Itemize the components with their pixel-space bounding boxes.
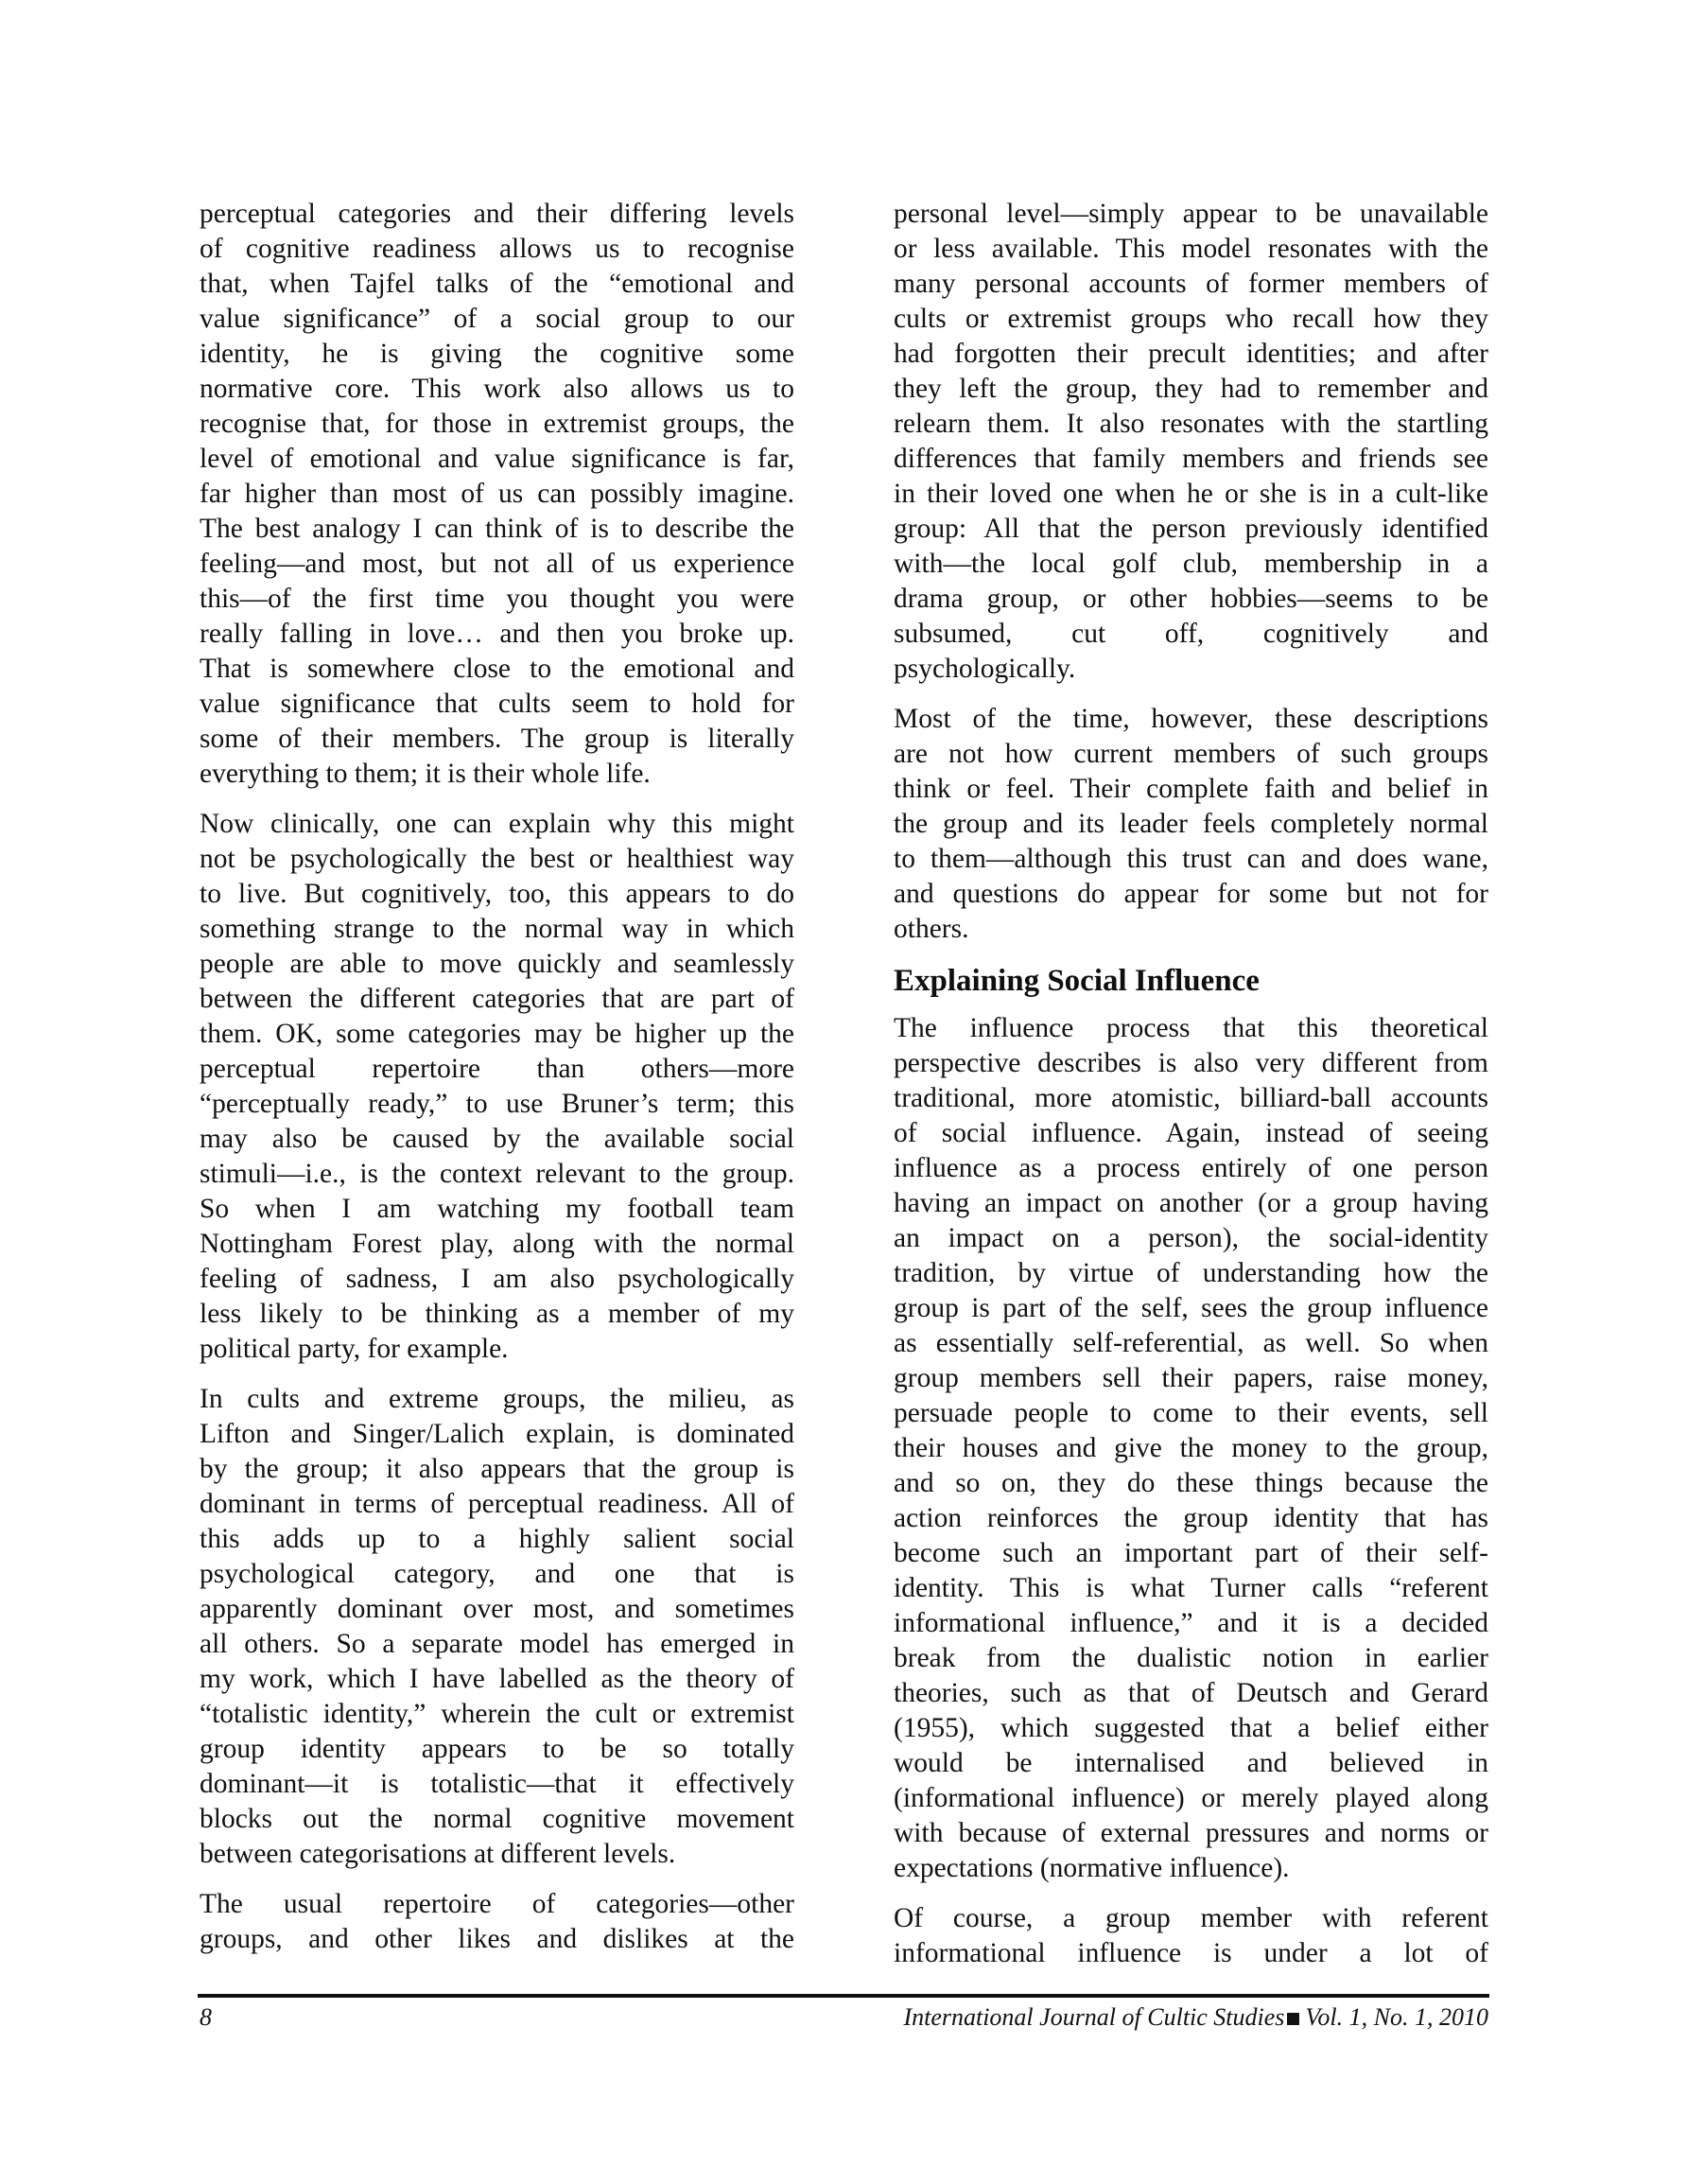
text-line: and so on, they do these things because … (894, 1466, 1488, 1501)
text-line: political party, for example. (200, 1332, 794, 1367)
paragraph: perceptual categories and their differin… (200, 197, 794, 792)
text-line: think or feel. Their complete faith and … (894, 772, 1488, 807)
text-line: group is part of the self, sees the grou… (894, 1291, 1488, 1326)
footer-rule (198, 1994, 1489, 1998)
text-line: normative core. This work also allows us… (200, 372, 794, 407)
text-line: between the different categories that ar… (200, 982, 794, 1017)
black-square-icon (1287, 2013, 1299, 2025)
text-line: expectations (normative influence). (894, 1851, 1488, 1886)
text-line: less likely to be thinking as a member o… (200, 1297, 794, 1332)
text-line: many personal accounts of former members… (894, 267, 1488, 302)
text-line: really falling in love… and then you bro… (200, 617, 794, 652)
text-line: traditional, more atomistic, billiard-ba… (894, 1081, 1488, 1116)
text-line: they left the group, they had to remembe… (894, 372, 1488, 407)
text-line: value significance” of a social group to… (200, 302, 794, 337)
text-line: theories, such as that of Deutsch and Ge… (894, 1676, 1488, 1711)
text-line: by the group; it also appears that the g… (200, 1452, 794, 1487)
text-line: Of course, a group member with referent (894, 1901, 1488, 1936)
text-line: break from the dualistic notion in earli… (894, 1641, 1488, 1676)
text-line: perspective describes is also very diffe… (894, 1046, 1488, 1081)
paragraph: personal level—simply appear to be unava… (894, 197, 1488, 687)
text-line: all others. So a separate model has emer… (200, 1627, 794, 1662)
text-line: become such an important part of their s… (894, 1536, 1488, 1571)
text-line: perceptual categories and their differin… (200, 197, 794, 232)
text-line: group: All that the person previously id… (894, 512, 1488, 547)
text-line: the group and its leader feels completel… (894, 807, 1488, 842)
text-line: group members sell their papers, raise m… (894, 1361, 1488, 1396)
text-line: may also be caused by the available soci… (200, 1122, 794, 1157)
text-line: “perceptually ready,” to use Bruner’s te… (200, 1087, 794, 1122)
text-line: far higher than most of us can possibly … (200, 477, 794, 512)
text-line: this—of the first time you thought you w… (200, 582, 794, 617)
text-line: “totalistic identity,” wherein the cult … (200, 1697, 794, 1732)
text-line: had forgotten their precult identities; … (894, 337, 1488, 372)
text-line: (informational influence) or merely play… (894, 1781, 1488, 1816)
journal-issue: Vol. 1, No. 1, 2010 (1305, 2003, 1488, 2031)
text-line: are not how current members of such grou… (894, 737, 1488, 772)
text-line: people are able to move quickly and seam… (200, 947, 794, 982)
text-line: would be internalised and believed in (894, 1746, 1488, 1781)
text-line: The usual repertoire of categories—other (200, 1887, 794, 1922)
text-line: persuade people to come to their events,… (894, 1396, 1488, 1431)
text-line: some of their members. The group is lite… (200, 722, 794, 757)
paragraph: Now clinically, one can explain why this… (200, 807, 794, 1367)
text-line: In cults and extreme groups, the milieu,… (200, 1382, 794, 1417)
text-line: influence as a process entirely of one p… (894, 1151, 1488, 1186)
text-line: identity. This is what Turner calls “ref… (894, 1571, 1488, 1606)
journal-title: International Journal of Cultic Studies (903, 2003, 1284, 2031)
left-column: perceptual categories and their differin… (200, 197, 794, 1972)
text-line: informational influence,” and it is a de… (894, 1606, 1488, 1641)
text-line: cults or extremist groups who recall how… (894, 302, 1488, 337)
text-line: Nottingham Forest play, along with the n… (200, 1227, 794, 1262)
section-heading: Explaining Social Influence (894, 962, 1488, 1000)
text-line: identity, he is giving the cognitive som… (200, 337, 794, 372)
text-line: of cognitive readiness allows us to reco… (200, 232, 794, 267)
text-line: everything to them; it is their whole li… (200, 757, 794, 792)
text-line: not be psychologically the best or healt… (200, 842, 794, 877)
text-line: others. (894, 912, 1488, 947)
text-line: something strange to the normal way in w… (200, 912, 794, 947)
text-line: stimuli—i.e., is the context relevant to… (200, 1157, 794, 1192)
text-line: this adds up to a highly salient social (200, 1522, 794, 1557)
text-line: (1955), which suggested that a belief ei… (894, 1711, 1488, 1746)
text-line: Now clinically, one can explain why this… (200, 807, 794, 842)
text-line: that, when Tajfel talks of the “emotiona… (200, 267, 794, 302)
text-line: group identity appears to be so totally (200, 1732, 794, 1767)
paragraph-continued: Of course, a group member with referenti… (894, 1901, 1488, 1971)
text-line: their houses and give the money to the g… (894, 1431, 1488, 1466)
text-line: recognise that, for those in extremist g… (200, 407, 794, 442)
text-line: informational influence is under a lot o… (894, 1936, 1488, 1971)
page-number: 8 (200, 2002, 212, 2033)
text-line: perceptual repertoire than others—more (200, 1052, 794, 1087)
text-line: them. OK, some categories may be higher … (200, 1017, 794, 1052)
journal-page: perceptual categories and their differin… (0, 0, 1687, 2184)
text-line: to them—although this trust can and does… (894, 842, 1488, 877)
text-line: groups, and other likes and dislikes at … (200, 1922, 794, 1957)
text-line: between categorisations at different lev… (200, 1837, 794, 1872)
text-line: or less available. This model resonates … (894, 232, 1488, 267)
text-line: feeling—and most, but not all of us expe… (200, 547, 794, 582)
text-line: to live. But cognitively, too, this appe… (200, 877, 794, 912)
text-line: The influence process that this theoreti… (894, 1011, 1488, 1046)
text-line: having an impact on another (or a group … (894, 1186, 1488, 1221)
text-line: my work, which I have labelled as the th… (200, 1662, 794, 1697)
paragraph: Most of the time, however, these descrip… (894, 702, 1488, 947)
text-line: with because of external pressures and n… (894, 1816, 1488, 1851)
text-line: Most of the time, however, these descrip… (894, 702, 1488, 737)
text-line: psychological category, and one that is (200, 1557, 794, 1592)
text-line: subsumed, cut off, cognitively and (894, 617, 1488, 652)
text-line: dominant—it is totalistic—that it effect… (200, 1767, 794, 1802)
text-line: That is somewhere close to the emotional… (200, 652, 794, 687)
text-line: and questions do appear for some but not… (894, 877, 1488, 912)
text-line: The best analogy I can think of is to de… (200, 512, 794, 547)
paragraph: The influence process that this theoreti… (894, 1011, 1488, 1886)
text-line: as essentially self-referential, as well… (894, 1326, 1488, 1361)
paragraph: In cults and extreme groups, the milieu,… (200, 1382, 794, 1872)
text-line: apparently dominant over most, and somet… (200, 1592, 794, 1627)
text-line: tradition, by virtue of understanding ho… (894, 1256, 1488, 1291)
paragraph-continued: The usual repertoire of categories—other… (200, 1887, 794, 1957)
text-line: drama group, or other hobbies—seems to b… (894, 582, 1488, 617)
text-line: So when I am watching my football team (200, 1192, 794, 1227)
text-line: blocks out the normal cognitive movement (200, 1802, 794, 1837)
right-column: personal level—simply appear to be unava… (894, 197, 1488, 1986)
text-line: feeling of sadness, I am also psychologi… (200, 1262, 794, 1297)
text-line: differences that family members and frie… (894, 442, 1488, 477)
journal-citation: International Journal of Cultic StudiesV… (903, 2002, 1488, 2033)
text-line: psychologically. (894, 652, 1488, 687)
text-line: in their loved one when he or she is in … (894, 477, 1488, 512)
text-line: value significance that cults seem to ho… (200, 687, 794, 722)
text-line: action reinforces the group identity tha… (894, 1501, 1488, 1536)
text-line: Lifton and Singer/Lalich explain, is dom… (200, 1417, 794, 1452)
text-line: relearn them. It also resonates with the… (894, 407, 1488, 442)
text-line: of social influence. Again, instead of s… (894, 1116, 1488, 1151)
text-line: dominant in terms of perceptual readines… (200, 1487, 794, 1522)
text-line: level of emotional and value significanc… (200, 442, 794, 477)
text-line: an impact on a person), the social-ident… (894, 1221, 1488, 1256)
text-line: with—the local golf club, membership in … (894, 547, 1488, 582)
text-line: personal level—simply appear to be unava… (894, 197, 1488, 232)
